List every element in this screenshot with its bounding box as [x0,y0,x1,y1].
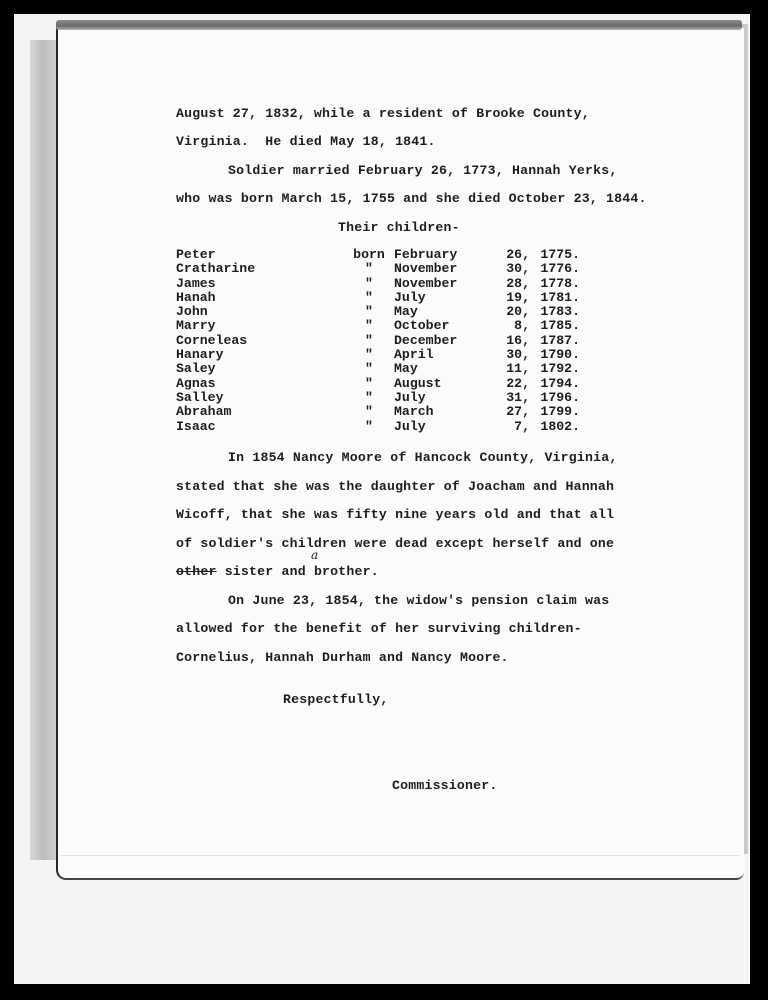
ditto-mark: " [344,348,394,362]
birth-month: March [394,405,492,419]
child-name: Hanary [176,348,344,362]
handwritten-insert: a [311,548,318,562]
table-row: Corneleas"December16,1787. [176,334,580,348]
ditto-mark: " [344,319,394,333]
birth-month: November [394,262,492,276]
birth-month: July [394,291,492,305]
birth-month: July [394,391,492,405]
child-name: Isaac [176,420,344,434]
birth-year: 1796. [530,391,580,405]
table-row: Agnas"August22,1794. [176,377,580,391]
table-row: Isaac"July7,1802. [176,420,580,434]
birth-day: 28, [492,277,530,291]
closing: Respectfully, [283,692,388,707]
text-line: who was born March 15, 1755 and she died… [176,191,647,206]
child-name: Saley [176,362,344,376]
table-row: Abraham"March27,1799. [176,405,580,419]
birth-day: 30, [492,348,530,362]
ditto-mark: " [344,391,394,405]
child-name: Hanah [176,291,344,305]
birth-month: July [394,420,492,434]
child-name: Peter [176,248,344,262]
birth-day: 7, [492,420,530,434]
table-row: Saley"May11,1792. [176,362,580,376]
child-name: Agnas [176,377,344,391]
birth-year: 1776. [530,262,580,276]
signature-title: Commissioner. [392,778,497,793]
table-row: Salley"July31,1796. [176,391,580,405]
birth-month: February [394,248,492,262]
birth-day: 8, [492,319,530,333]
born-label: born [344,248,394,262]
birth-day: 19, [492,291,530,305]
birth-year: 1790. [530,348,580,362]
fold-line [60,855,740,856]
text-line: stated that she was the daughter of Joac… [176,479,614,494]
table-row: John"May20,1783. [176,305,580,319]
birth-month: August [394,377,492,391]
ditto-mark: " [344,262,394,276]
text-fragment: sister and brother. [217,564,379,579]
birth-day: 27, [492,405,530,419]
birth-year: 1787. [530,334,580,348]
ditto-mark: " [344,405,394,419]
birth-year: 1778. [530,277,580,291]
text-line: allowed for the benefit of her surviving… [176,621,582,636]
text-line: Soldier married February 26, 1773, Hanna… [228,163,617,178]
child-name: Corneleas [176,334,344,348]
ditto-mark: " [344,277,394,291]
text-line: other sister and brother. [176,564,379,579]
table-row: Hanah"July19,1781. [176,291,580,305]
child-name: John [176,305,344,319]
birth-day: 20, [492,305,530,319]
birth-month: October [394,319,492,333]
struck-word: other [176,564,217,579]
birth-month: April [394,348,492,362]
child-name: Cratharine [176,262,344,276]
table-row: PeterbornFebruary26,1775. [176,248,580,262]
child-name: James [176,277,344,291]
table-row: Marry"October8,1785. [176,319,580,333]
text-line: Virginia. He died May 18, 1841. [176,134,436,149]
ditto-mark: " [344,291,394,305]
text-line: August 27, 1832, while a resident of Bro… [176,106,590,121]
birth-month: November [394,277,492,291]
birth-year: 1792. [530,362,580,376]
birth-year: 1799. [530,405,580,419]
birth-day: 30, [492,262,530,276]
table-row: James"November28,1778. [176,277,580,291]
birth-year: 1775. [530,248,580,262]
ditto-mark: " [344,377,394,391]
ditto-mark: " [344,334,394,348]
birth-month: May [394,362,492,376]
text-line: Cornelius, Hannah Durham and Nancy Moore… [176,650,509,665]
table-row: Cratharine"November30,1776. [176,262,580,276]
birth-day: 31, [492,391,530,405]
birth-day: 22, [492,377,530,391]
ditto-mark: " [344,362,394,376]
text-line: of soldier's children were dead except h… [176,536,614,551]
birth-month: December [394,334,492,348]
children-table: PeterbornFebruary26,1775. Cratharine"Nov… [176,248,580,434]
birth-month: May [394,305,492,319]
birth-year: 1781. [530,291,580,305]
child-name: Salley [176,391,344,405]
birth-year: 1794. [530,377,580,391]
text-line: Wicoff, that she was fifty nine years ol… [176,507,614,522]
birth-year: 1785. [530,319,580,333]
page-shadow-top [56,20,742,30]
page-shadow-left [30,40,56,860]
text-line: In 1854 Nancy Moore of Hancock County, V… [228,450,617,465]
birth-day: 11, [492,362,530,376]
table-row: Hanary"April30,1790. [176,348,580,362]
birth-day: 26, [492,248,530,262]
children-heading: Their children- [338,220,460,235]
birth-year: 1802. [530,420,580,434]
ditto-mark: " [344,420,394,434]
child-name: Marry [176,319,344,333]
ditto-mark: " [344,305,394,319]
birth-year: 1783. [530,305,580,319]
text-line: On June 23, 1854, the widow's pension cl… [228,593,609,608]
birth-day: 16, [492,334,530,348]
child-name: Abraham [176,405,344,419]
